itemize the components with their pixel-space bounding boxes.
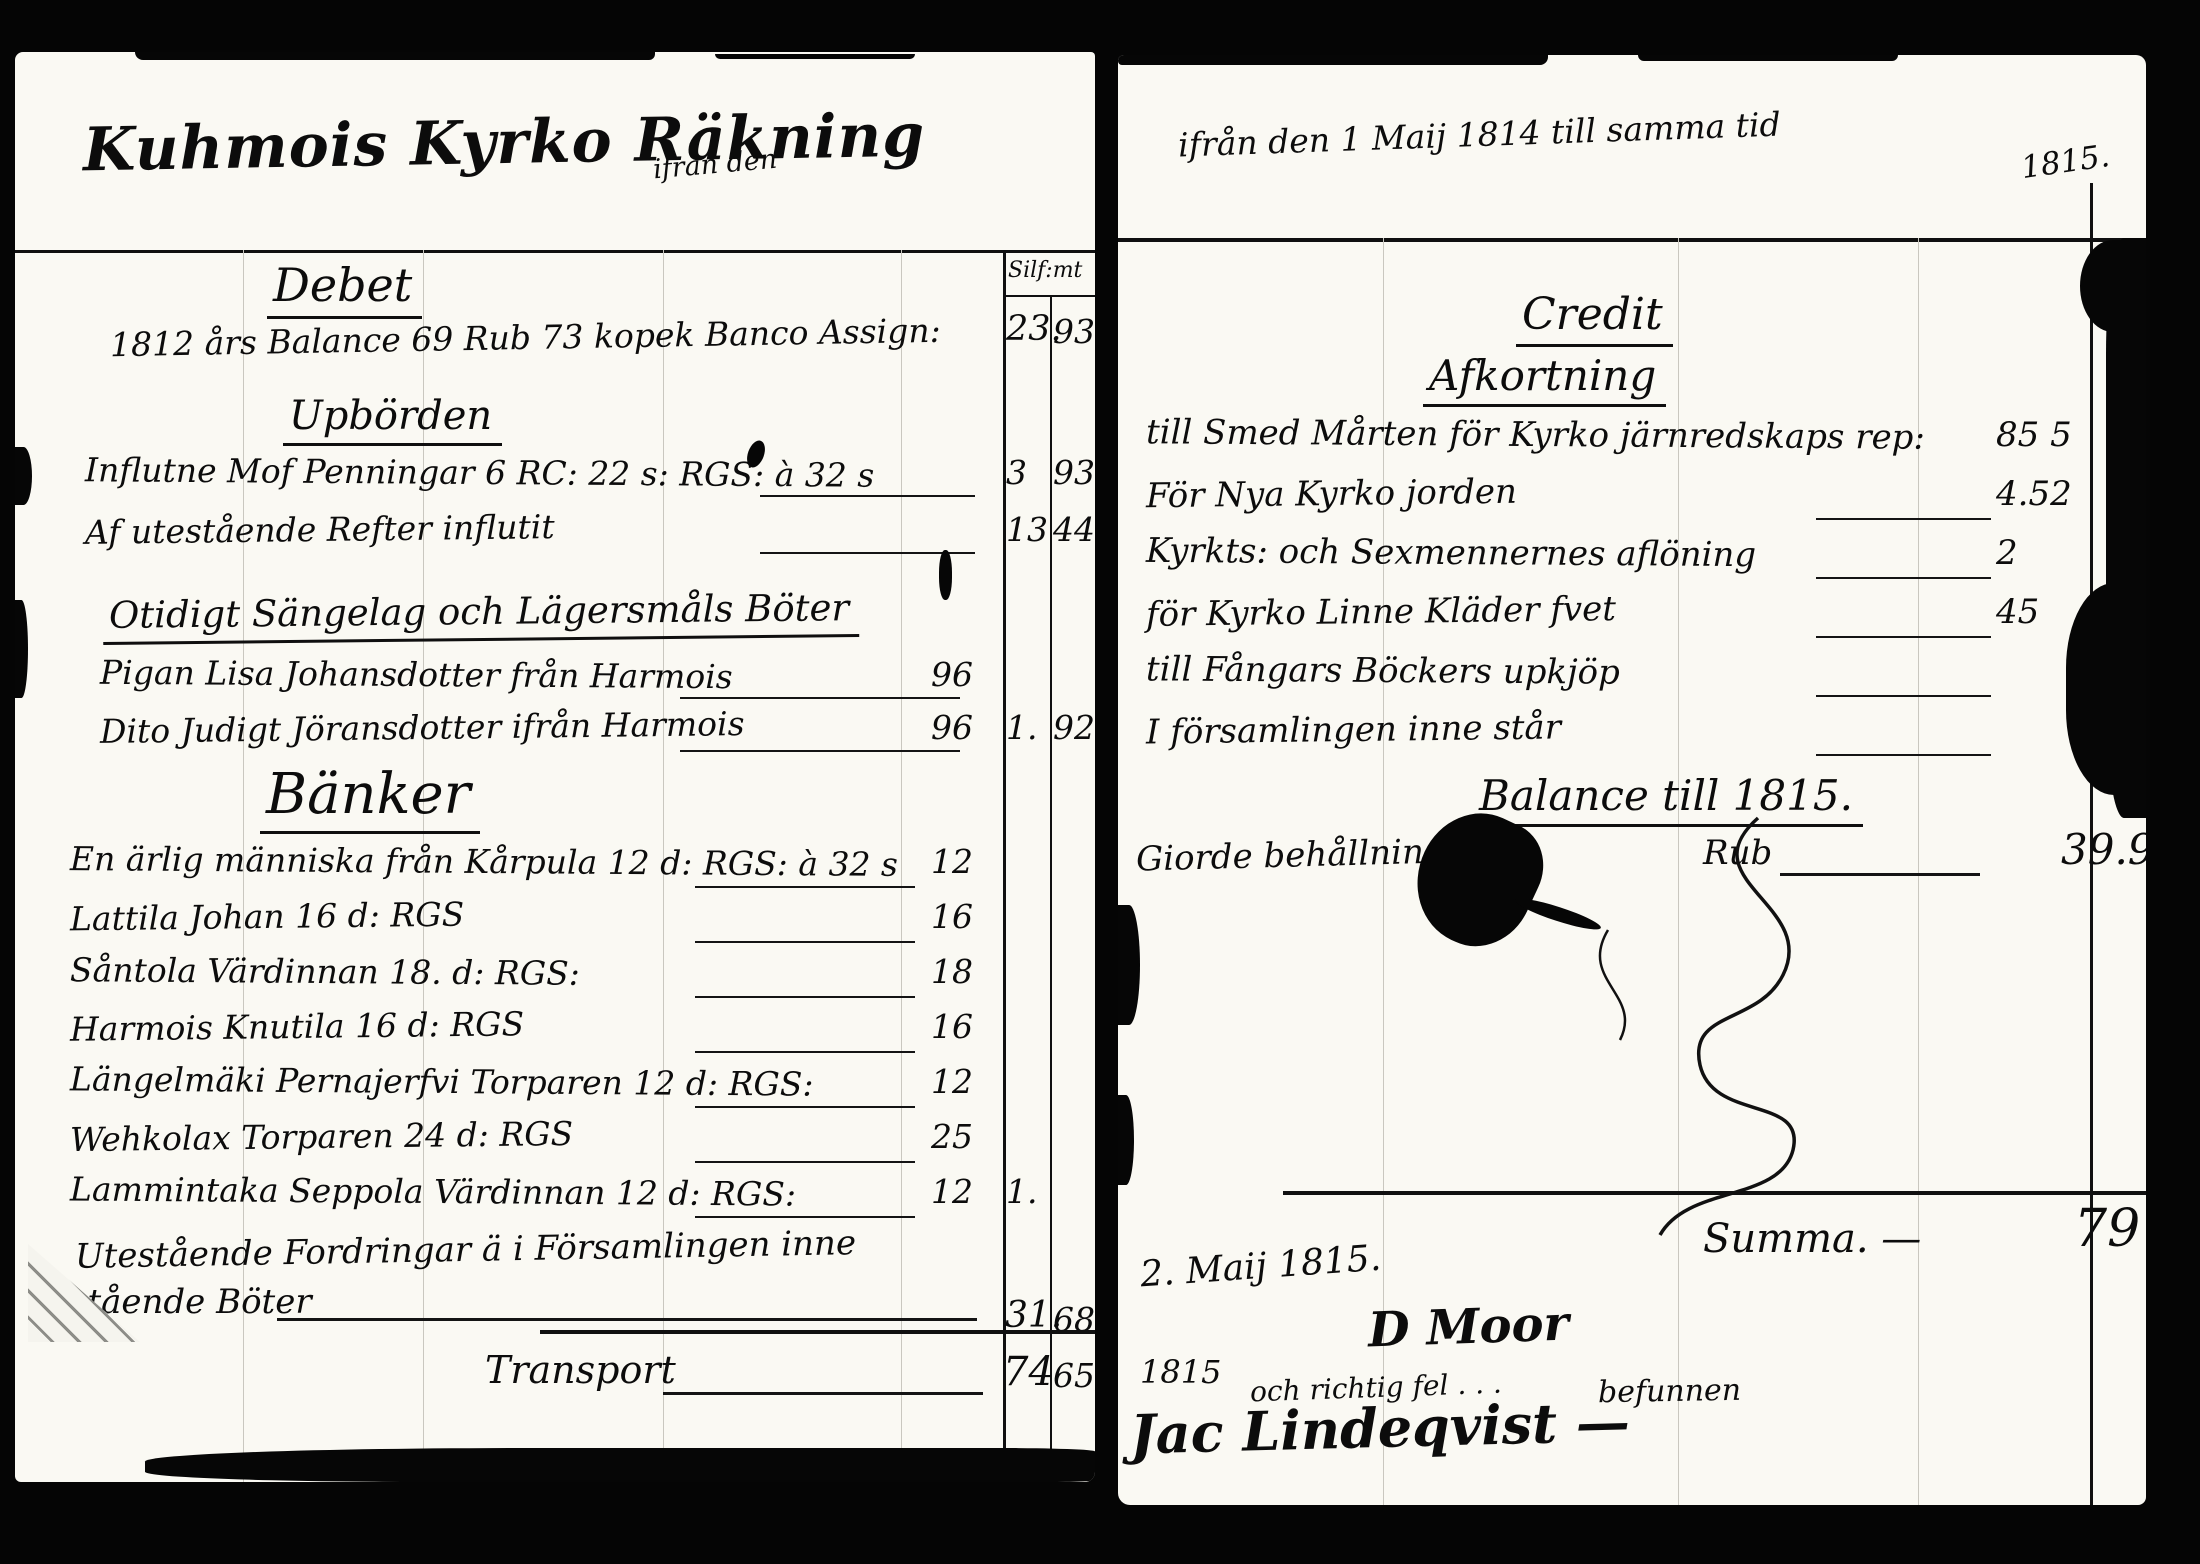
row-pre-amount: 12 xyxy=(931,1174,973,1210)
summa-label: Summa. — xyxy=(1703,1217,1921,1261)
row-amount: 45 xyxy=(1996,594,2039,631)
row-text: Af utestående Refter influtit xyxy=(85,509,555,551)
banker-rows: En ärlig människa från Kårpula 12 d: RGS… xyxy=(15,844,1095,1229)
ink-smear xyxy=(2080,240,2146,332)
row-fill-rule xyxy=(277,1318,977,1321)
ledger-row: Lammintaka Seppola Värdinnan 12 d: RGS: … xyxy=(15,1174,1095,1229)
row-kop: 93 xyxy=(1053,455,1095,491)
row-text: till Smed Mårten för Kyrko järnredskaps … xyxy=(1146,414,1925,457)
row-pre-amount: 96 xyxy=(931,710,973,746)
balance-amount: 39.9 xyxy=(2061,827,2146,873)
outstanding-line-1: Utestående Fordringar ä i Församlingen i… xyxy=(75,1225,857,1276)
ledger-row: Influtne Mof Penningar 6 RC: 22 s: RGS: … xyxy=(15,455,1095,512)
row-fill-rule xyxy=(695,1051,915,1053)
row-fill-rule xyxy=(1816,636,1991,638)
row-text: Pigan Lisa Johansdotter från Harmois xyxy=(100,655,733,696)
scan-edge-artifact xyxy=(145,1448,1095,1482)
ledger-row: Såntola Värdinnan 18. d: RGS: 18 xyxy=(15,954,1095,1009)
left-page: Kuhmois Kyrko Räkning ifrån den Silf:mt … xyxy=(15,52,1095,1482)
left-column-header: Silf:mt xyxy=(1008,259,1082,283)
ledger-row: I församlingen inne står xyxy=(1118,712,2146,771)
row-text: för Kyrko Linne Kläder fvet xyxy=(1146,591,1616,634)
debet-heading: Debet xyxy=(267,260,422,319)
row-amount: 2 xyxy=(1996,535,2018,572)
header-rule xyxy=(1118,238,2146,242)
scan-edge-artifact xyxy=(15,447,32,505)
row-fill-rule xyxy=(695,886,915,888)
ledger-row: Harmois Knutila 16 d: RGS 16 xyxy=(15,1009,1095,1064)
right-page: ifrån den 1 Maij 1814 till samma tid 181… xyxy=(1118,55,2146,1505)
scan-edge-artifact xyxy=(1118,55,1548,65)
row-fill-rule xyxy=(695,996,915,998)
row-fill-rule xyxy=(1816,754,1991,756)
scan-edge-artifact xyxy=(715,54,915,59)
ledger-row: Längelmäki Pernajerfvi Torparen 12 d: RG… xyxy=(15,1064,1095,1119)
afkortning-heading: Afkortning xyxy=(1423,353,1666,407)
gutter-shadow xyxy=(1118,1095,1134,1185)
ledger-row: Dito Judigt Jöransdotter ifrån Harmois 9… xyxy=(15,710,1095,763)
row-rub: 1. xyxy=(1006,1174,1038,1210)
row-text: För Nya Kyrko jorden xyxy=(1146,474,1517,516)
row-rub: 13 xyxy=(1006,512,1048,548)
row-fill-rule xyxy=(663,1392,983,1395)
row-text: Wehkolax Torparen 24 d: RGS xyxy=(70,1116,574,1158)
row-fill-rule xyxy=(695,1216,915,1218)
transport-kop: 65 xyxy=(1053,1358,1095,1394)
scanned-ledger-spread: Kuhmois Kyrko Räkning ifrån den Silf:mt … xyxy=(0,0,2200,1564)
ledger-row: Kyrkts: och Sexmennernes aflöning 2 xyxy=(1118,535,2146,594)
ink-blot xyxy=(939,550,952,600)
row-text: Lattila Johan 16 d: RGS xyxy=(70,897,465,938)
row-fill-rule xyxy=(695,1161,915,1163)
ledger-row: En ärlig människa från Kårpula 12 d: RGS… xyxy=(15,844,1095,899)
row-amount: 85 5 xyxy=(1996,417,2072,454)
scan-edge-artifact xyxy=(135,52,655,60)
total-rule xyxy=(1283,1191,2146,1195)
gutter-shadow xyxy=(1118,905,1140,1025)
date-line: 2. Maij 1815. xyxy=(1139,1239,1382,1295)
scan-edge-artifact xyxy=(1638,55,1898,61)
signature-1: D Moor xyxy=(1367,1298,1570,1358)
row-text: Kyrkts: och Sexmennernes aflöning xyxy=(1146,533,1756,575)
credit-rows: till Smed Mårten för Kyrko järnredskaps … xyxy=(1118,417,2146,771)
ledger-row: Pigan Lisa Johansdotter från Harmois 96 xyxy=(15,657,1095,710)
subtotal-rule xyxy=(540,1330,1095,1334)
row-text: I församlingen inne står xyxy=(1146,709,1561,751)
page-title: Kuhmois Kyrko Räkning xyxy=(82,103,925,184)
row-pre-amount: 12 xyxy=(931,844,973,880)
row-kop: 92 xyxy=(1053,710,1095,746)
row-fill-rule xyxy=(680,697,960,699)
ledger-row: till Fångars Böckers upkjöp xyxy=(1118,653,2146,712)
boter-heading: Otidigt Sängelag och Lägersmåls Böter xyxy=(103,588,860,645)
balance-row-text: 1812 års Balance 69 Rub 73 kopek Banco A… xyxy=(110,313,941,364)
credit-heading: Credit xyxy=(1516,291,1673,347)
ledger-row: Af utestående Refter influtit 13 44 xyxy=(15,512,1095,569)
row-fill-rule xyxy=(1816,695,1991,697)
row-text: till Fångars Böckers upkjöp xyxy=(1146,651,1620,692)
row-text: Längelmäki Pernajerfvi Torparen 12 d: RG… xyxy=(70,1061,814,1102)
boter-rows: Pigan Lisa Johansdotter från Harmois 96 … xyxy=(15,657,1095,763)
ledger-row: Lattila Johan 16 d: RGS 16 xyxy=(15,899,1095,954)
row-fill-rule xyxy=(680,750,960,752)
ledger-row: till Smed Mårten för Kyrko järnredskaps … xyxy=(1118,417,2146,476)
row-pre-amount: 25 xyxy=(931,1119,973,1155)
banker-heading: Bänker xyxy=(260,764,480,834)
row-pre-amount: 12 xyxy=(931,1064,973,1100)
row-pre-amount: 16 xyxy=(931,899,973,935)
attest-year: 1815 xyxy=(1140,1355,1221,1390)
pen-flourish xyxy=(1548,810,1888,1240)
upborden-rows: Influtne Mof Penningar 6 RC: 22 s: RGS: … xyxy=(15,455,1095,569)
ledger-row: Wehkolax Torparen 24 d: RGS 25 xyxy=(15,1119,1095,1174)
signature-2: Jac Lindeqvist — xyxy=(1129,1392,1630,1464)
row-amount: 4.52 xyxy=(1996,476,2072,513)
transport-rub: 74 xyxy=(1003,1350,1054,1394)
row-fill-rule xyxy=(760,495,975,497)
row-fill-rule xyxy=(695,941,915,943)
period-header: ifrån den 1 Maij 1814 till samma tid xyxy=(1178,106,1782,163)
row-pre-amount: 16 xyxy=(931,1009,973,1045)
row-pre-amount: 18 xyxy=(931,954,973,990)
row-fill-rule xyxy=(1816,577,1991,579)
corner-year: 1815. xyxy=(2019,139,2112,185)
ink-smear xyxy=(2066,583,2146,795)
row-rub: 3 xyxy=(1006,455,1027,491)
row-text: Lammintaka Seppola Värdinnan 12 d: RGS: xyxy=(70,1171,796,1212)
balance-row-kop: 93 xyxy=(1053,314,1095,350)
summa-amount: 79 xyxy=(2074,1201,2140,1258)
scan-edge-artifact xyxy=(15,600,28,698)
column-header-rule xyxy=(1003,295,1095,297)
row-text: Dito Judigt Jöransdotter ifrån Harmois xyxy=(100,706,745,750)
row-text: Harmois Knutila 16 d: RGS xyxy=(70,1006,525,1048)
row-fill-rule xyxy=(695,1106,915,1108)
row-pre-amount: 96 xyxy=(931,657,973,693)
row-text: En ärlig människa från Kårpula 12 d: RGS… xyxy=(70,841,898,883)
ledger-row: för Kyrko Linne Kläder fvet 45 xyxy=(1118,594,2146,653)
ledger-row: För Nya Kyrko jorden 4.52 xyxy=(1118,476,2146,535)
row-fill-rule xyxy=(1816,518,1991,520)
transport-label: Transport xyxy=(485,1350,676,1392)
row-text: Såntola Värdinnan 18. d: RGS: xyxy=(70,952,580,992)
header-rule xyxy=(15,250,1095,253)
row-kop: 44 xyxy=(1053,512,1095,548)
upborden-heading: Upbörden xyxy=(283,394,502,446)
row-rub: 1. xyxy=(1006,710,1038,746)
